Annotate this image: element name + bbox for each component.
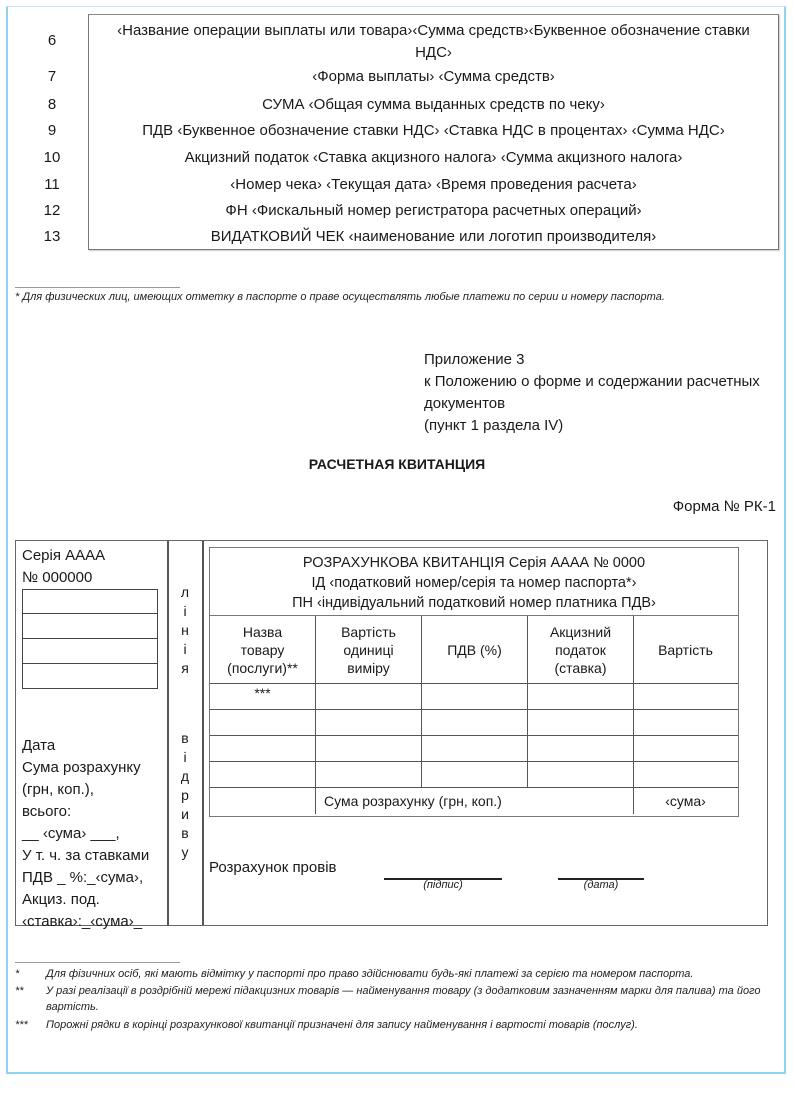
stub-line: (грн, коп.), bbox=[22, 779, 149, 801]
top-table-row-8: СУМА ‹Общая сумма выданных средств по че… bbox=[88, 96, 779, 113]
stub-blank-line[interactable] bbox=[22, 664, 158, 689]
row-6-line-2: НДС› bbox=[88, 42, 779, 64]
table-cell[interactable] bbox=[634, 684, 737, 709]
table-cell[interactable] bbox=[210, 736, 316, 761]
appendix-line: документов bbox=[424, 393, 760, 415]
receipt-form: Серія АААА № 000000 Дата Сума розрахунку… bbox=[15, 540, 768, 926]
column-header-row: Назватовару(послуги)** Вартістьодиниціви… bbox=[210, 616, 738, 684]
stub-date-label: Дата bbox=[22, 735, 149, 757]
date-caption: (дата) bbox=[558, 879, 644, 891]
top-table-row-11: ‹Номер чека› ‹Текущая дата› ‹Время прове… bbox=[88, 176, 779, 193]
header-text: (послуги)** bbox=[227, 659, 298, 677]
table-row bbox=[210, 736, 738, 762]
signature-caption: (підпис) bbox=[384, 879, 502, 891]
column-header-cost: Вартість bbox=[634, 616, 737, 683]
table-cell[interactable] bbox=[528, 684, 634, 709]
header-text: Акцизний bbox=[550, 623, 611, 641]
table-cell[interactable]: *** bbox=[210, 684, 316, 709]
appendix-line: Приложение 3 bbox=[424, 349, 760, 371]
stub-blank-line[interactable] bbox=[22, 614, 158, 639]
tear-line-label-top: л і н і я bbox=[168, 583, 202, 678]
table-cell[interactable] bbox=[210, 762, 316, 787]
header-text: одиниці bbox=[341, 641, 396, 659]
stub-line: Сума розрахунку bbox=[22, 757, 149, 779]
top-table-row-13: ВИДАТКОВИЙ ЧЕК ‹наименование или логотип… bbox=[88, 228, 779, 245]
row-6-line-1: ‹Название операции выплаты или товара›‹С… bbox=[88, 20, 779, 42]
row-number: 6 bbox=[30, 32, 74, 49]
receipt-title: РОЗРАХУНКОВА КВИТАНЦІЯ Серія АААА № 0000 bbox=[210, 553, 738, 573]
column-header-unit-price: Вартістьодиницівиміру bbox=[316, 616, 422, 683]
footnote-mark: * bbox=[15, 966, 19, 982]
table-cell[interactable] bbox=[634, 710, 737, 735]
top-table-row-7: ‹Форма выплаты› ‹Сумма средств› bbox=[88, 68, 779, 85]
footnote-text: У разі реалізації в роздрібній мережі пі… bbox=[46, 983, 776, 1015]
table-cell[interactable] bbox=[316, 684, 422, 709]
stub-line: У т. ч. за ставками bbox=[22, 845, 149, 867]
document-title: РАСЧЕТНАЯ КВИТАНЦИЯ bbox=[0, 456, 794, 472]
stub-blank-line[interactable] bbox=[22, 639, 158, 664]
header-text: виміру bbox=[341, 659, 396, 677]
top-table-row-10: Акцизний податок ‹Ставка акцизного налог… bbox=[88, 149, 779, 166]
footnote-top: * Для физических лиц, имеющих отметку в … bbox=[15, 291, 665, 303]
footnote: *** Порожні рядки в корінці розрахунково… bbox=[0, 1017, 794, 1033]
top-table-row-9: ПДВ ‹Буквенное обозначение ставки НДС› ‹… bbox=[88, 122, 779, 139]
receipt-tax-number-line: ПН ‹індивідуальний податковий номер плат… bbox=[210, 593, 738, 613]
table-cell[interactable] bbox=[528, 710, 634, 735]
table-cell[interactable] bbox=[316, 762, 422, 787]
table-row bbox=[210, 762, 738, 788]
row-number: 9 bbox=[30, 122, 74, 139]
column-header-excise: Акцизнийподаток(ставка) bbox=[528, 616, 634, 683]
receipt-table: РОЗРАХУНКОВА КВИТАНЦІЯ Серія АААА № 0000… bbox=[209, 547, 739, 817]
row-number: 8 bbox=[30, 96, 74, 113]
receipt-grid: Назватовару(послуги)** Вартістьодиниціви… bbox=[210, 616, 738, 814]
header-text: податок bbox=[550, 641, 611, 659]
tear-divider bbox=[202, 541, 204, 925]
receipt-table-header: РОЗРАХУНКОВА КВИТАНЦІЯ Серія АААА № 0000… bbox=[210, 548, 738, 616]
header-text: Назва bbox=[227, 623, 298, 641]
top-table-row-12: ФН ‹Фискальный номер регистратора расчет… bbox=[88, 202, 779, 219]
row-number: 10 bbox=[30, 149, 74, 166]
table-cell[interactable] bbox=[528, 762, 634, 787]
table-cell[interactable] bbox=[528, 736, 634, 761]
appendix-line: к Положению о форме и содержании расчетн… bbox=[424, 371, 760, 393]
column-header-name: Назватовару(послуги)** bbox=[210, 616, 316, 683]
stub-line: ПДВ _ %:_‹сума›, bbox=[22, 867, 149, 889]
row-number: 13 bbox=[30, 228, 74, 245]
table-cell[interactable] bbox=[316, 736, 422, 761]
table-row bbox=[210, 710, 738, 736]
stub-blank-lines bbox=[22, 589, 158, 689]
table-cell[interactable] bbox=[634, 736, 737, 761]
tear-char: д bbox=[168, 767, 202, 786]
footnote-text: Для фізичних осіб, які мають відмітку у … bbox=[46, 966, 776, 982]
tear-char: н bbox=[168, 621, 202, 640]
row-number: 12 bbox=[30, 202, 74, 219]
top-table-row-6: ‹Название операции выплаты или товара›‹С… bbox=[88, 20, 779, 64]
tear-char: і bbox=[168, 748, 202, 767]
column-header-vat: ПДВ (%) bbox=[422, 616, 528, 683]
header-text: (ставка) bbox=[550, 659, 611, 677]
receipt-id-line: ІД ‹податковий номер/серія та номер пасп… bbox=[210, 573, 738, 593]
footnote: ** У разі реалізації в роздрібній мережі… bbox=[0, 983, 794, 1017]
row-number: 7 bbox=[30, 68, 74, 85]
tear-char: в bbox=[168, 824, 202, 843]
table-row: *** bbox=[210, 684, 738, 710]
footnote-divider bbox=[15, 962, 180, 963]
stub-line: Акциз. под. bbox=[22, 889, 149, 911]
table-cell[interactable] bbox=[422, 762, 528, 787]
total-row: Сума розрахунку (грн, коп.) ‹сума› bbox=[210, 788, 738, 814]
tear-char: в bbox=[168, 729, 202, 748]
table-cell[interactable] bbox=[210, 710, 316, 735]
stub-header: Серія АААА № 000000 bbox=[22, 545, 105, 589]
table-cell[interactable] bbox=[422, 736, 528, 761]
tear-line-label-bottom: в і д р и в у bbox=[168, 729, 202, 862]
table-cell[interactable] bbox=[422, 710, 528, 735]
header-text: товару bbox=[227, 641, 298, 659]
tear-char: і bbox=[168, 602, 202, 621]
stub-blank-line[interactable] bbox=[22, 589, 158, 614]
stub-details: Дата Сума розрахунку (грн, коп.), всього… bbox=[22, 735, 149, 933]
footnote-text: Порожні рядки в корінці розрахункової кв… bbox=[46, 1017, 776, 1033]
appendix-line: (пункт 1 раздела IV) bbox=[424, 415, 760, 437]
total-label: Сума розрахунку (грн, коп.) bbox=[316, 788, 634, 814]
paid-by-label: Розрахунок провів bbox=[209, 859, 337, 876]
form-number: Форма № РК-1 bbox=[673, 498, 776, 515]
stub-line: всього: bbox=[22, 801, 149, 823]
stub-line: __ ‹сума› ___, bbox=[22, 823, 149, 845]
table-cell[interactable] bbox=[210, 788, 316, 814]
stub-line: ‹ставка›:_‹сума›_ bbox=[22, 911, 149, 933]
footnote-mark: ** bbox=[15, 983, 24, 999]
appendix-reference: Приложение 3 к Положению о форме и содер… bbox=[424, 349, 760, 437]
table-cell[interactable] bbox=[316, 710, 422, 735]
footnote-divider bbox=[15, 287, 180, 288]
tear-char: р bbox=[168, 786, 202, 805]
tear-char: и bbox=[168, 805, 202, 824]
footnote: * Для фізичних осіб, які мають відмітку … bbox=[0, 966, 794, 982]
table-cell[interactable] bbox=[422, 684, 528, 709]
tear-char: у bbox=[168, 843, 202, 862]
row-number: 11 bbox=[30, 176, 74, 193]
total-value[interactable]: ‹сума› bbox=[634, 788, 737, 814]
tear-char: я bbox=[168, 659, 202, 678]
stub-series: Серія АААА bbox=[22, 545, 105, 567]
header-text: Вартість bbox=[341, 623, 396, 641]
table-cell[interactable] bbox=[634, 762, 737, 787]
footnote-mark: *** bbox=[15, 1017, 28, 1033]
tear-char: л bbox=[168, 583, 202, 602]
stub-number: № 000000 bbox=[22, 567, 105, 589]
tear-char: і bbox=[168, 640, 202, 659]
